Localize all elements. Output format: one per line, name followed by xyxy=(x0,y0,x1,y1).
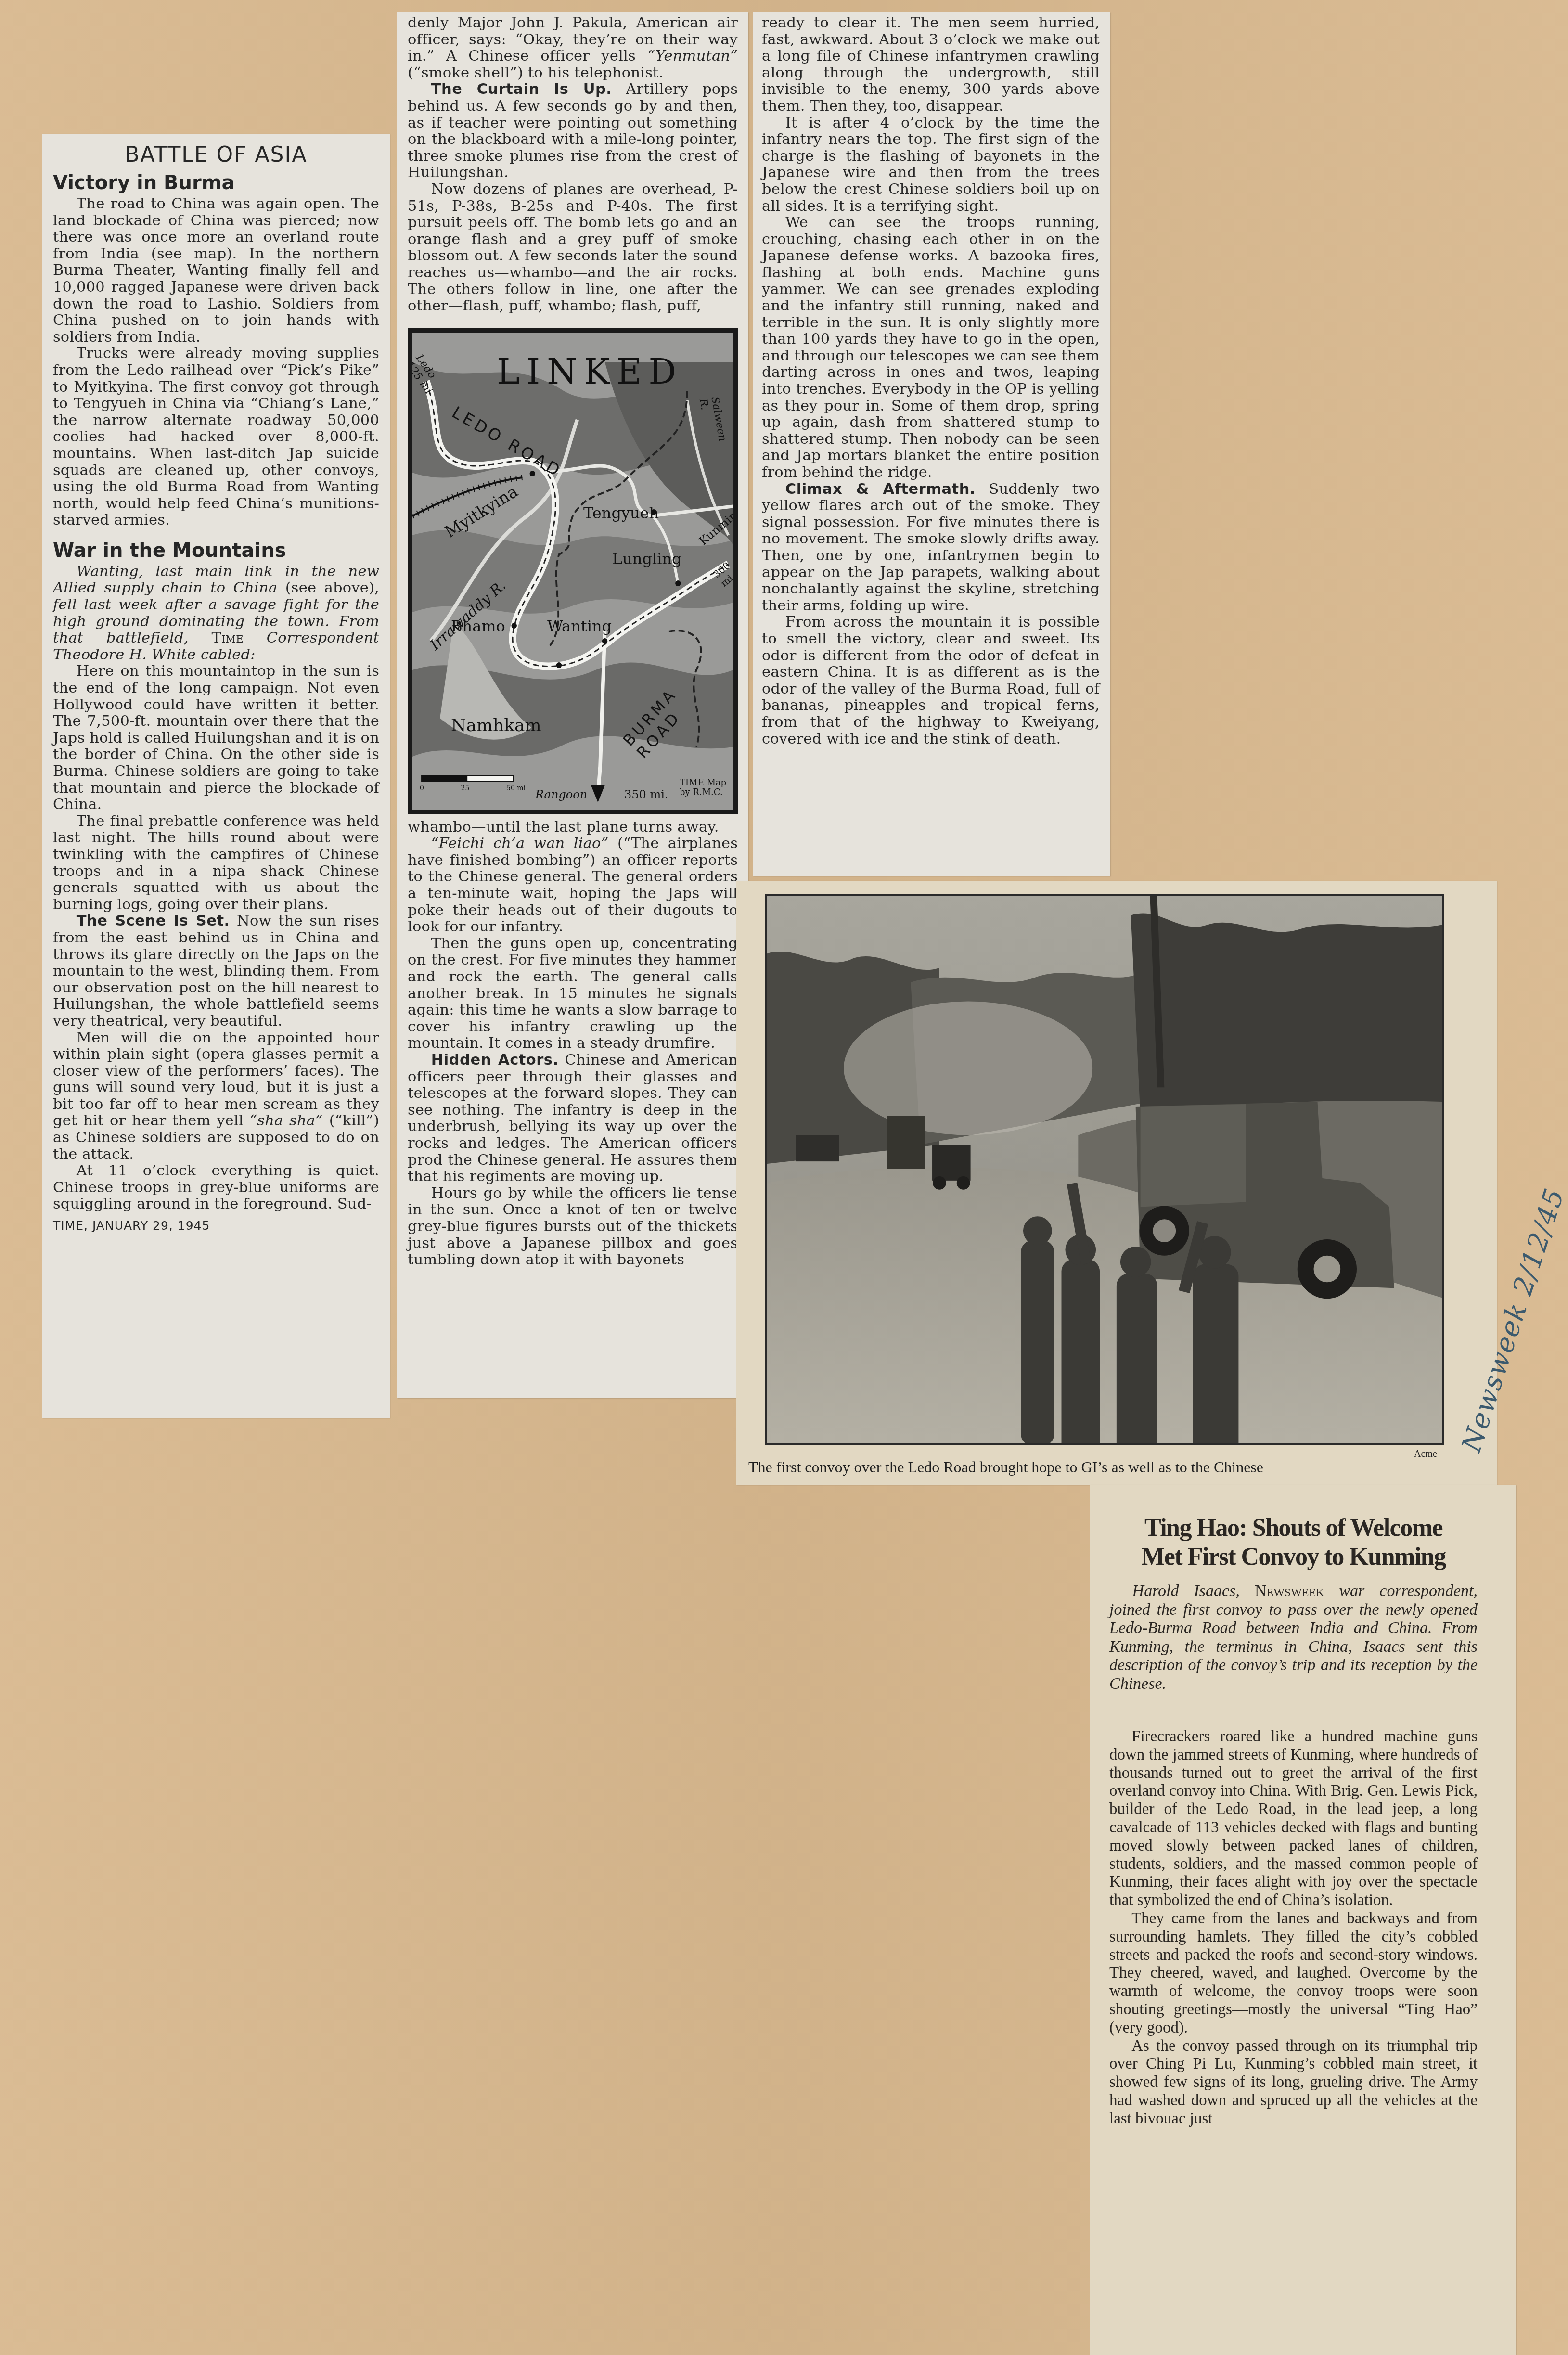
paragraph-text: “Feichi ch’a wan liao” xyxy=(431,835,609,852)
newsweek-headline: Ting Hao: Shouts of Welcome Met First Co… xyxy=(1109,1514,1478,1571)
paragraph: From across the mountain it is possible … xyxy=(762,614,1100,747)
paragraph: ready to clear it. The men seem hurried,… xyxy=(762,15,1100,115)
subsection-heading: Climax & Aftermath. xyxy=(785,481,976,498)
paragraph: As the convoy passed through on its triu… xyxy=(1109,2037,1478,2128)
paragraph: They came from the lanes and backways an… xyxy=(1109,1910,1478,2037)
paragraph-text: (“smoke shell”) to his telephonist. xyxy=(408,64,663,81)
handwritten-date-note: Newsweek 2/12/45 xyxy=(1456,1184,1568,1456)
paragraph: Climax & Aftermath. Suddenly two yellow … xyxy=(762,481,1100,615)
paragraph: Firecrackers roared like a hundred machi… xyxy=(1109,1728,1478,1910)
map-label-tengyueh: Tengyueh xyxy=(583,504,659,522)
paragraph-text: Now the sun rises from the east behind u… xyxy=(53,913,379,1030)
paragraph: The Curtain Is Up. Artillery pops behind… xyxy=(408,81,738,181)
headline-line: Met First Convoy to Kunming xyxy=(1141,1543,1446,1570)
paragraph-text: Suddenly two yellow flares arch out of t… xyxy=(762,481,1100,614)
section-heading-war: War in the Mountains xyxy=(53,540,379,562)
paragraph: Hidden Actors. Chinese and American offi… xyxy=(408,1052,738,1185)
subsection-heading: Hidden Actors. xyxy=(431,1052,559,1068)
linked-map: LINKED Ledo125 mi LEDO ROAD Myitkyina Ir… xyxy=(408,328,738,814)
paragraph: Men will die on the appointed hour withi… xyxy=(53,1030,379,1163)
article-body-war: Wanting, last main link in the new Allie… xyxy=(53,564,379,1213)
article-body-column-3: ready to clear it. The men seem hurried,… xyxy=(762,15,1100,747)
paragraph: The road to China was again open. The la… xyxy=(53,196,379,346)
dispatch-intro: Wanting, last main link in the new Allie… xyxy=(53,564,379,664)
paragraph: “Feichi ch’a wan liao” (“The airplanes h… xyxy=(408,836,738,936)
subsection-heading: The Curtain Is Up. xyxy=(431,81,612,98)
paragraph: We can see the troops running, crouching… xyxy=(762,215,1100,481)
paragraph: denly Major John J. Pakula, American air… xyxy=(408,15,738,81)
paragraph: Trucks were already moving supplies from… xyxy=(53,346,379,529)
map-credit: TIME Mapby R.M.C. xyxy=(680,778,726,798)
paragraph-text: Chinese and American officers peer throu… xyxy=(408,1052,738,1185)
paragraph: Then the guns open up, concentrating on … xyxy=(408,936,738,1052)
intro-text: (see above), xyxy=(285,579,379,596)
paragraph: Here on this mountaintop in the sun is t… xyxy=(53,663,379,813)
map-label-wanting: Wanting xyxy=(547,617,612,635)
newsweek-clipping: Ting Hao: Shouts of Welcome Met First Co… xyxy=(1090,1485,1516,2355)
article-body-column-2-top: denly Major John J. Pakula, American air… xyxy=(408,15,738,315)
time-clipping-column-2: denly Major John J. Pakula, American air… xyxy=(397,12,748,1398)
map-label-bhamo: Bhamo xyxy=(451,617,505,635)
article-body-victory: The road to China was again open. The la… xyxy=(53,196,379,529)
subsection-heading: The Scene Is Set. xyxy=(77,913,230,929)
map-label-rangoon: Rangoon xyxy=(535,788,587,801)
article-body-column-2-bottom: whambo—until the last plane turns away. … xyxy=(408,819,738,1269)
photo-credit: Acme xyxy=(1414,1449,1437,1460)
section-heading-victory: Victory in Burma xyxy=(53,172,379,194)
paragraph: It is after 4 o’clock by the time the in… xyxy=(762,115,1100,215)
time-clipping-column-1: BATTLE OF ASIA Victory in Burma The road… xyxy=(42,134,390,1418)
time-magazine-name: Time xyxy=(212,630,244,646)
paragraph-text: “Yenmutan” xyxy=(647,48,738,64)
photo-clipping: Acme The first convoy over the Ledo Road… xyxy=(736,881,1497,1485)
map-title: LINKED xyxy=(497,351,683,392)
paragraph: whambo—until the last plane turns away. xyxy=(408,819,738,836)
map-label-lungling: Lungling xyxy=(612,550,682,568)
newsweek-intro: Harold Isaacs, Newsweek war corresponden… xyxy=(1109,1582,1478,1693)
scale-tick: 50 mi xyxy=(506,785,526,792)
map-scale: 0 25 50 mi xyxy=(420,785,526,792)
time-clipping-column-3: ready to clear it. The men seem hurried,… xyxy=(753,12,1110,876)
paragraph-text: “sha sha” xyxy=(250,1112,323,1129)
newsweek-body: Firecrackers roared like a hundred machi… xyxy=(1109,1728,1478,2128)
publication-date: TIME, JANUARY 29, 1945 xyxy=(53,1219,379,1233)
map-label-namhkam: Namhkam xyxy=(451,716,541,735)
convoy-photo xyxy=(765,894,1444,1445)
paragraph: The Scene Is Set. Now the sun rises from… xyxy=(53,913,379,1030)
map-label-rangoon-distance: 350 mi. xyxy=(624,788,668,801)
paragraph: Now dozens of planes are overhead, P-51s… xyxy=(408,181,738,315)
newsweek-magazine-name: Newsweek xyxy=(1255,1582,1324,1600)
paragraph: Hours go by while the officers lie tense… xyxy=(408,1185,738,1269)
headline-line: Ting Hao: Shouts of Welcome xyxy=(1144,1514,1442,1542)
department-heading: BATTLE OF ASIA xyxy=(53,142,379,167)
paragraph: The final prebattle conference was held … xyxy=(53,813,379,914)
scale-tick: 25 xyxy=(461,785,470,792)
photo-caption: The first convoy over the Ledo Road brou… xyxy=(748,1458,1263,1476)
photo-image xyxy=(767,896,1442,1443)
scale-tick: 0 xyxy=(420,785,424,792)
intro-text: Harold Isaacs, xyxy=(1132,1582,1255,1600)
paragraph: At 11 o’clock everything is quiet. Chine… xyxy=(53,1163,379,1213)
